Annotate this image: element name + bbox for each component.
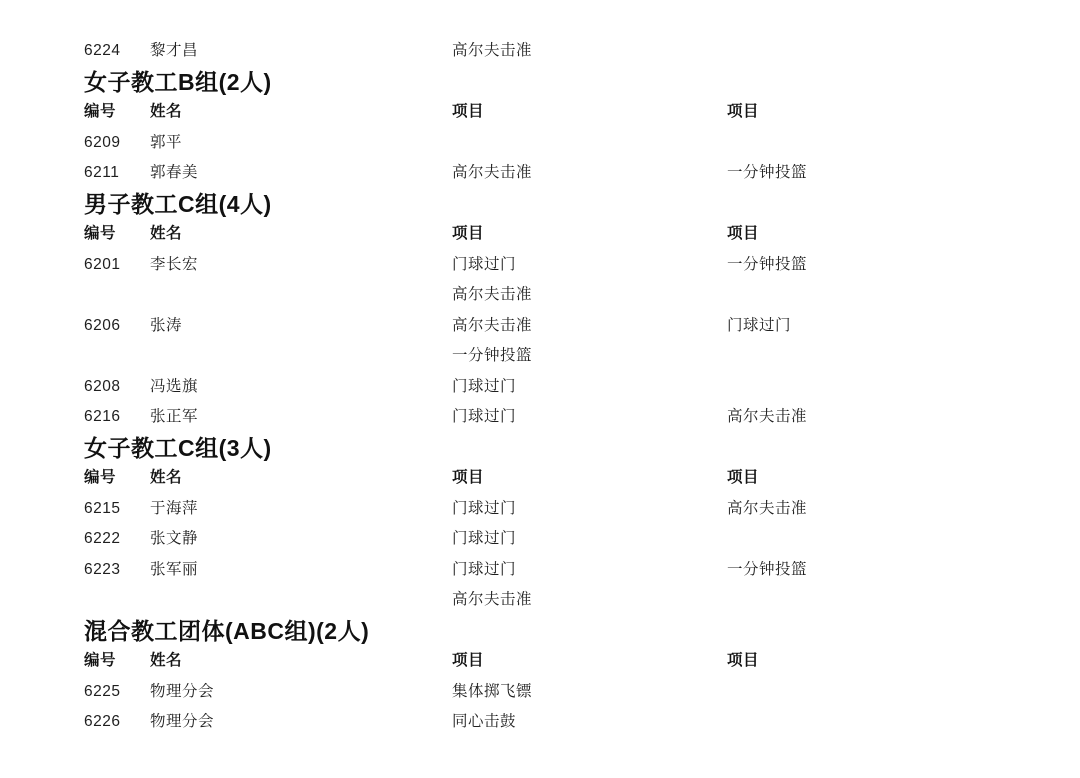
group-heading-text: 混合教工团体(ABC组)(2人)	[84, 616, 369, 647]
table-row: 6201李长宏门球过门一分钟投篮	[0, 250, 1080, 281]
entry-number: 6208	[84, 372, 120, 403]
event-1: 同心击鼓	[452, 707, 516, 738]
event-1: 高尔夫击准	[452, 311, 532, 342]
table-row: 6215于海萍门球过门高尔夫击准	[0, 494, 1080, 525]
table-row: 高尔夫击准	[0, 280, 1080, 311]
event-2: 门球过门	[727, 311, 791, 342]
member-name: 张军丽	[150, 555, 198, 586]
member-name: 物理分会	[150, 707, 214, 738]
col-header-event-2: 项目	[727, 646, 759, 677]
column-header-row: 编号姓名项目项目	[0, 219, 1080, 250]
col-header-name: 姓名	[150, 219, 182, 250]
table-row: 6206张涛高尔夫击准门球过门	[0, 311, 1080, 342]
col-header-number: 编号	[84, 463, 116, 494]
table-row: 6224黎才昌高尔夫击准	[0, 36, 1080, 67]
col-header-number: 编号	[84, 646, 116, 677]
member-name: 张涛	[150, 311, 182, 342]
entry-number: 6224	[84, 36, 120, 67]
entry-number: 6225	[84, 677, 120, 708]
col-header-number: 编号	[84, 97, 116, 128]
group-heading-text: 男子教工C组(4人)	[84, 189, 272, 220]
event-1: 高尔夫击准	[452, 36, 532, 67]
table-row: 6223张军丽门球过门一分钟投篮	[0, 555, 1080, 586]
member-name: 物理分会	[150, 677, 214, 708]
event-1: 门球过门	[452, 402, 516, 433]
event-2: 一分钟投篮	[727, 555, 807, 586]
member-name: 张文静	[150, 524, 198, 555]
event-1: 高尔夫击准	[452, 585, 532, 616]
column-header-row: 编号姓名项目项目	[0, 463, 1080, 494]
event-2: 一分钟投篮	[727, 250, 807, 281]
col-header-name: 姓名	[150, 646, 182, 677]
col-header-number: 编号	[84, 219, 116, 250]
member-name: 冯选旗	[150, 372, 198, 403]
entry-number: 6201	[84, 250, 120, 281]
member-name: 张正军	[150, 402, 198, 433]
col-header-event-2: 项目	[727, 97, 759, 128]
event-1: 高尔夫击准	[452, 280, 532, 311]
event-1: 集体掷飞镖	[452, 677, 532, 708]
entry-number: 6222	[84, 524, 120, 555]
col-header-event-1: 项目	[452, 646, 484, 677]
table-row: 6216张正军门球过门高尔夫击准	[0, 402, 1080, 433]
entry-number: 6211	[84, 158, 119, 189]
event-1: 门球过门	[452, 555, 516, 586]
entry-number: 6215	[84, 494, 120, 525]
table-row: 6226物理分会同心击鼓	[0, 707, 1080, 738]
registration-roster-document: 6224黎才昌高尔夫击准女子教工B组(2人)编号姓名项目项目6209郭平6211…	[0, 0, 1080, 778]
event-1: 高尔夫击准	[452, 158, 532, 189]
entry-number: 6216	[84, 402, 120, 433]
column-header-row: 编号姓名项目项目	[0, 646, 1080, 677]
event-1: 一分钟投篮	[452, 341, 532, 372]
table-row: 6222张文静门球过门	[0, 524, 1080, 555]
column-header-row: 编号姓名项目项目	[0, 97, 1080, 128]
group-heading-text: 女子教工C组(3人)	[84, 433, 272, 464]
member-name: 黎才昌	[150, 36, 198, 67]
event-2: 一分钟投篮	[727, 158, 807, 189]
col-header-name: 姓名	[150, 97, 182, 128]
member-name: 郭平	[150, 128, 182, 159]
entry-number: 6206	[84, 311, 120, 342]
col-header-event-1: 项目	[452, 463, 484, 494]
event-1: 门球过门	[452, 250, 516, 281]
group-heading: 混合教工团体(ABC组)(2人)	[0, 616, 1080, 647]
member-name: 李长宏	[150, 250, 198, 281]
group-heading: 女子教工B组(2人)	[0, 67, 1080, 98]
table-row: 6208冯选旗门球过门	[0, 372, 1080, 403]
event-1: 门球过门	[452, 494, 516, 525]
group-heading-text: 女子教工B组(2人)	[84, 67, 272, 98]
entry-number: 6226	[84, 707, 120, 738]
event-1: 门球过门	[452, 524, 516, 555]
table-row: 6211郭春美高尔夫击准一分钟投篮	[0, 158, 1080, 189]
entry-number: 6223	[84, 555, 120, 586]
col-header-event-2: 项目	[727, 463, 759, 494]
col-header-name: 姓名	[150, 463, 182, 494]
table-row: 6209郭平	[0, 128, 1080, 159]
table-row: 一分钟投篮	[0, 341, 1080, 372]
event-1: 门球过门	[452, 372, 516, 403]
table-row: 6225物理分会集体掷飞镖	[0, 677, 1080, 708]
member-name: 于海萍	[150, 494, 198, 525]
col-header-event-1: 项目	[452, 97, 484, 128]
entry-number: 6209	[84, 128, 120, 159]
group-heading: 女子教工C组(3人)	[0, 433, 1080, 464]
col-header-event-2: 项目	[727, 219, 759, 250]
table-row: 高尔夫击准	[0, 585, 1080, 616]
event-2: 高尔夫击准	[727, 494, 807, 525]
event-2: 高尔夫击准	[727, 402, 807, 433]
member-name: 郭春美	[150, 158, 198, 189]
group-heading: 男子教工C组(4人)	[0, 189, 1080, 220]
col-header-event-1: 项目	[452, 219, 484, 250]
roster-rows: 6224黎才昌高尔夫击准女子教工B组(2人)编号姓名项目项目6209郭平6211…	[0, 36, 1080, 738]
